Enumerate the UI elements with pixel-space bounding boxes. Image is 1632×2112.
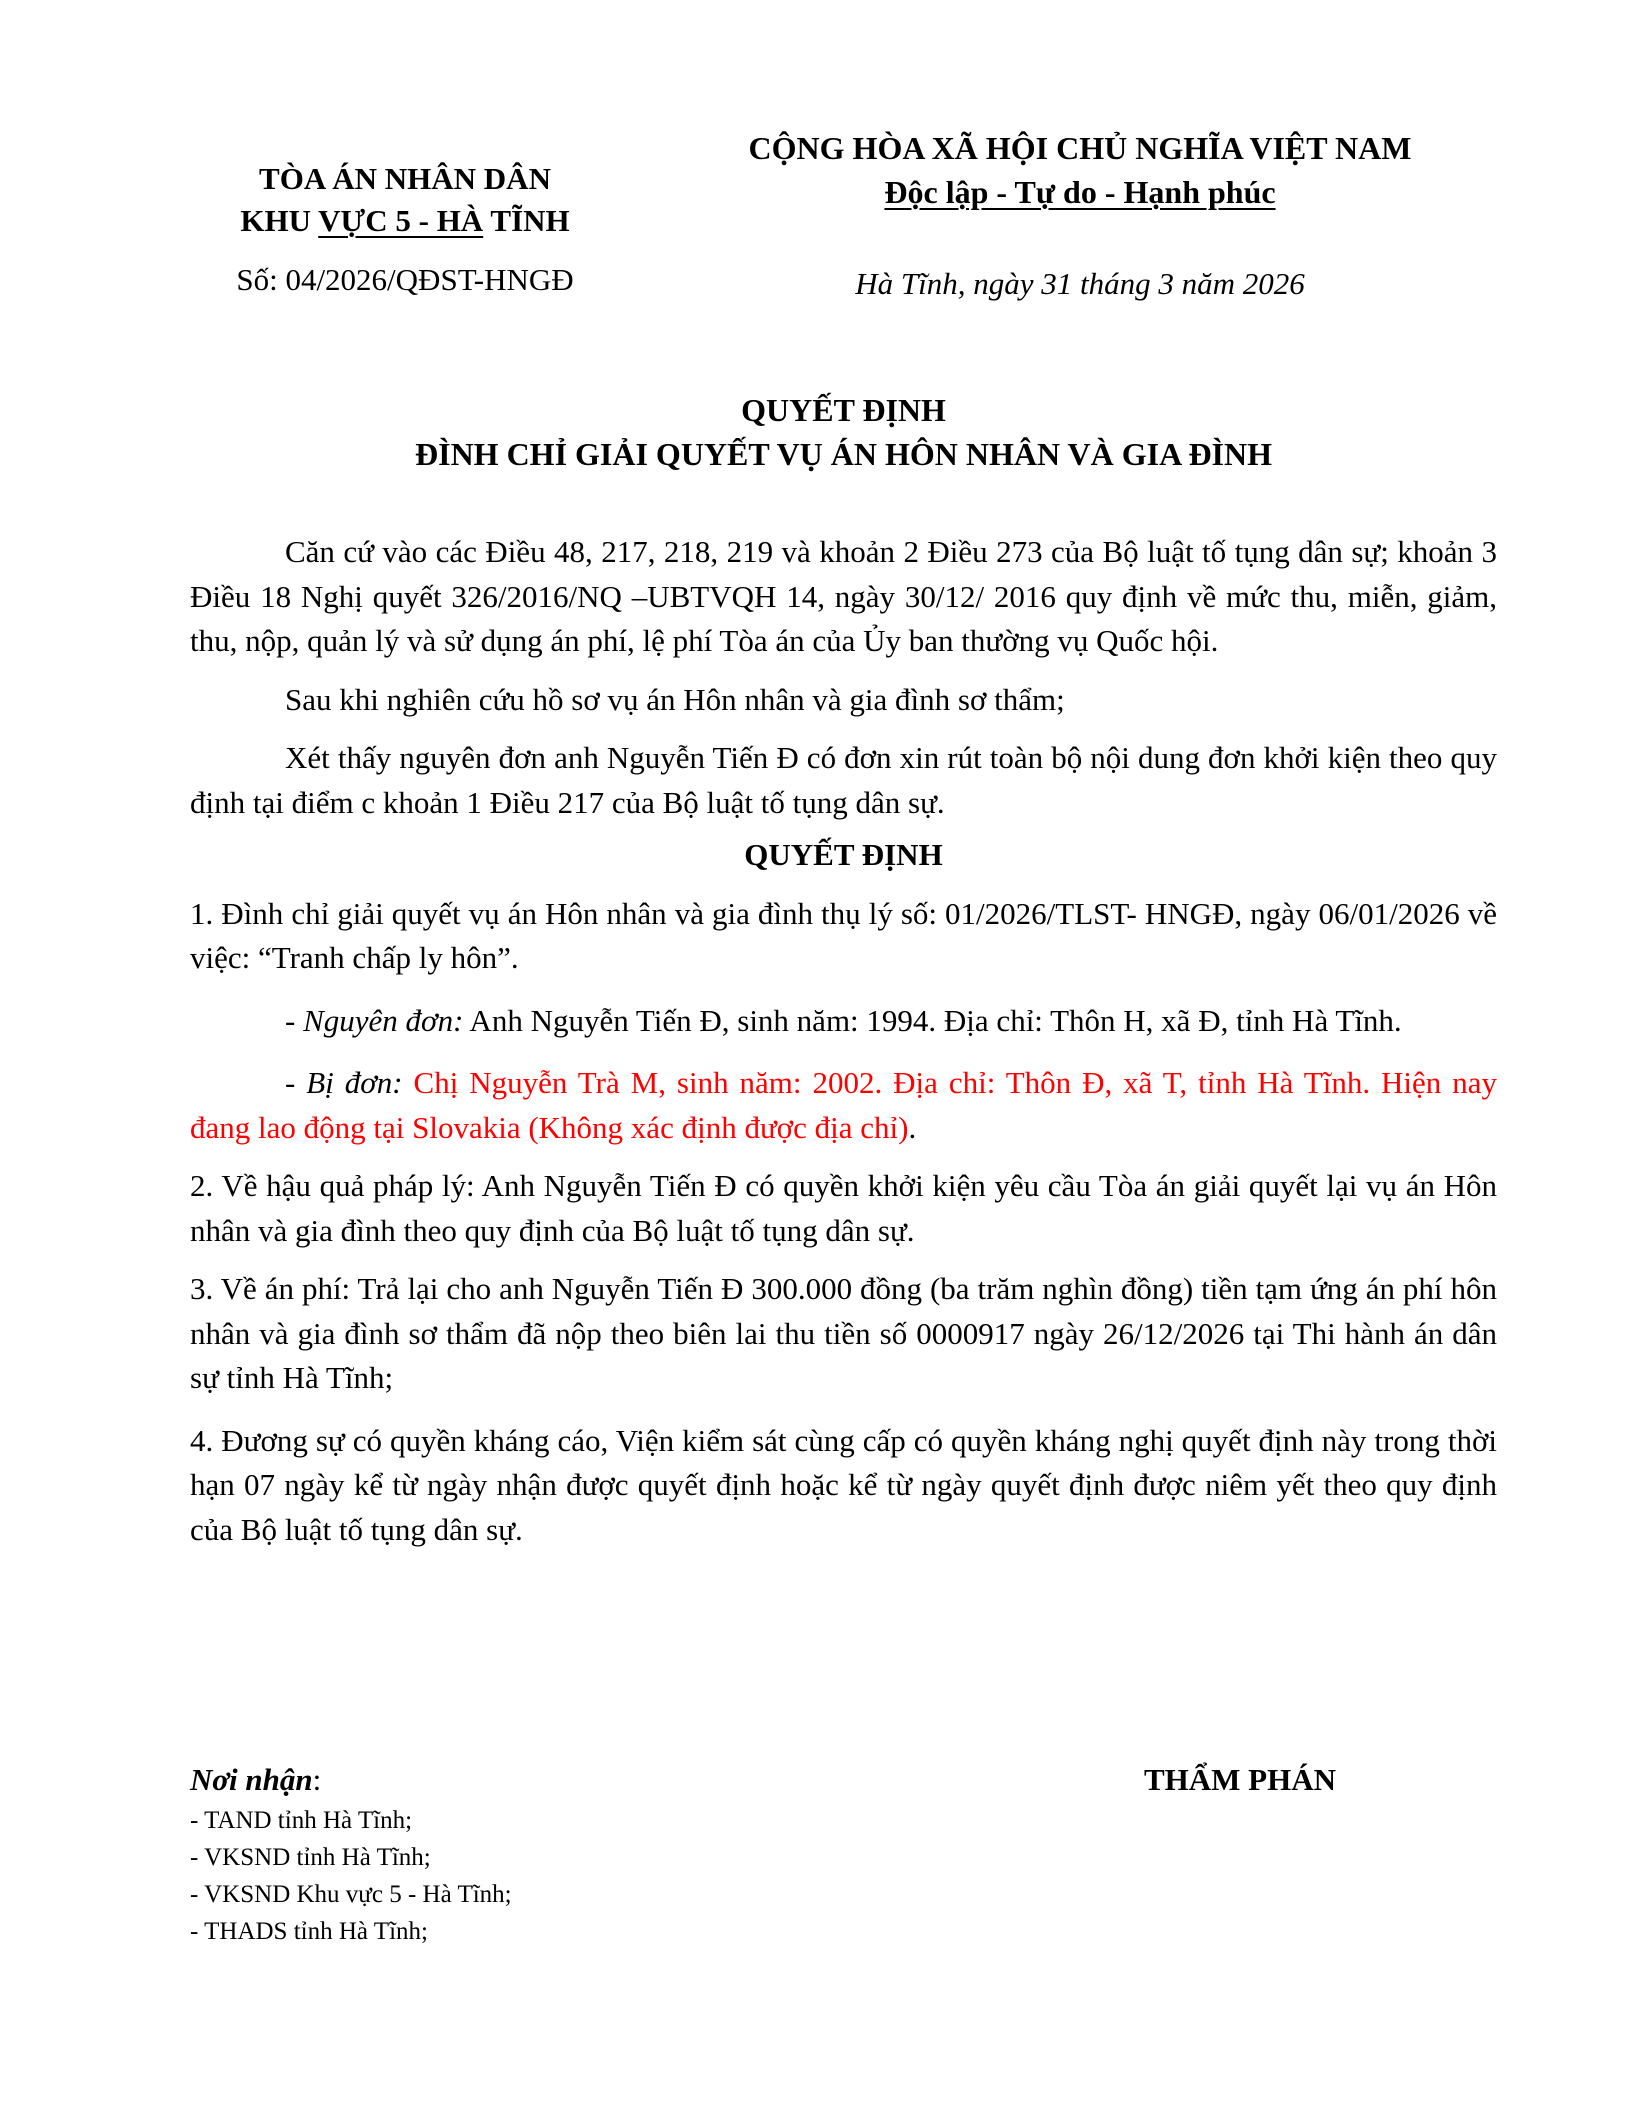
national-header: CỘNG HÒA XÃ HỘI CHỦ NGHĨA VIỆT NAM Độc l… (700, 126, 1460, 214)
recipient-item: - THADS tỉnh Hà Tĩnh; (190, 1913, 890, 1950)
court-name-block: TÒA ÁN NHÂN DÂN KHU VỰC 5 - HÀ TĨNH (200, 158, 610, 242)
document-number: Số: 04/2026/QĐST-HNGĐ (190, 262, 620, 298)
decision-heading: QUYẾT ĐỊNH (190, 833, 1497, 878)
court-region-prefix: KHU (240, 203, 318, 238)
plaintiff-paragraph: - Nguyên đơn: Anh Nguyễn Tiến Đ, sinh nă… (190, 999, 1497, 1044)
issue-date: Hà Tĩnh, ngày 31 tháng 3 năm 2026 (700, 266, 1460, 302)
national-motto: Độc lập - Tự do - Hạnh phúc (884, 174, 1275, 210)
decision-item-4: 4. Đương sự có quyền kháng cáo, Viện kiể… (190, 1419, 1497, 1553)
decision-item-3: 3. Về án phí: Trả lại cho anh Nguyễn Tiế… (190, 1267, 1497, 1401)
nation-name: CỘNG HÒA XÃ HỘI CHỦ NGHĨA VIỆT NAM (700, 126, 1460, 170)
legal-basis-paragraph: Căn cứ vào các Điều 48, 217, 218, 219 và… (190, 530, 1497, 664)
court-region-underlined: VỰC 5 - HÀ (318, 203, 483, 238)
defendant-label: - Bị đơn: (285, 1065, 403, 1100)
defendant-end: . (908, 1110, 916, 1145)
recipients-label: Nơi nhận (190, 1762, 313, 1797)
recipients-block: Nơi nhận: - TAND tỉnh Hà Tĩnh; - VKSND t… (190, 1758, 890, 1950)
recipients-heading: Nơi nhận: (190, 1758, 890, 1802)
recipient-item: - VKSND Khu vực 5 - Hà Tĩnh; (190, 1876, 890, 1913)
considering-paragraph: Xét thấy nguyên đơn anh Nguyễn Tiến Đ có… (190, 736, 1497, 825)
plaintiff-label: - Nguyên đơn: (285, 1003, 463, 1038)
recipient-item: - TAND tỉnh Hà Tĩnh; (190, 1802, 890, 1839)
document-title: QUYẾT ĐỊNH ĐÌNH CHỈ GIẢI QUYẾT VỤ ÁN HÔN… (190, 388, 1497, 476)
title-line-2: ĐÌNH CHỈ GIẢI QUYẾT VỤ ÁN HÔN NHÂN VÀ GI… (190, 432, 1497, 476)
court-name: TÒA ÁN NHÂN DÂN (200, 158, 610, 200)
court-region-suffix: TĨNH (483, 203, 569, 238)
defendant-paragraph: - Bị đơn: Chị Nguyễn Trà M, sinh năm: 20… (190, 1061, 1497, 1150)
recipient-item: - VKSND tỉnh Hà Tĩnh; (190, 1839, 890, 1876)
plaintiff-details: Anh Nguyễn Tiến Đ, sinh năm: 1994. Địa c… (463, 1003, 1401, 1038)
court-region: KHU VỰC 5 - HÀ TĨNH (200, 200, 610, 242)
review-paragraph: Sau khi nghiên cứu hồ sơ vụ án Hôn nhân … (190, 678, 1497, 723)
signature-title: THẨM PHÁN (1040, 1758, 1440, 1802)
document-body: Căn cứ vào các Điều 48, 217, 218, 219 và… (190, 530, 1497, 1552)
title-line-1: QUYẾT ĐỊNH (190, 388, 1497, 432)
recipients-colon: : (313, 1762, 322, 1797)
decision-item-2: 2. Về hậu quả pháp lý: Anh Nguyễn Tiến Đ… (190, 1164, 1497, 1253)
decision-item-1: 1. Đình chỉ giải quyết vụ án Hôn nhân và… (190, 892, 1497, 981)
